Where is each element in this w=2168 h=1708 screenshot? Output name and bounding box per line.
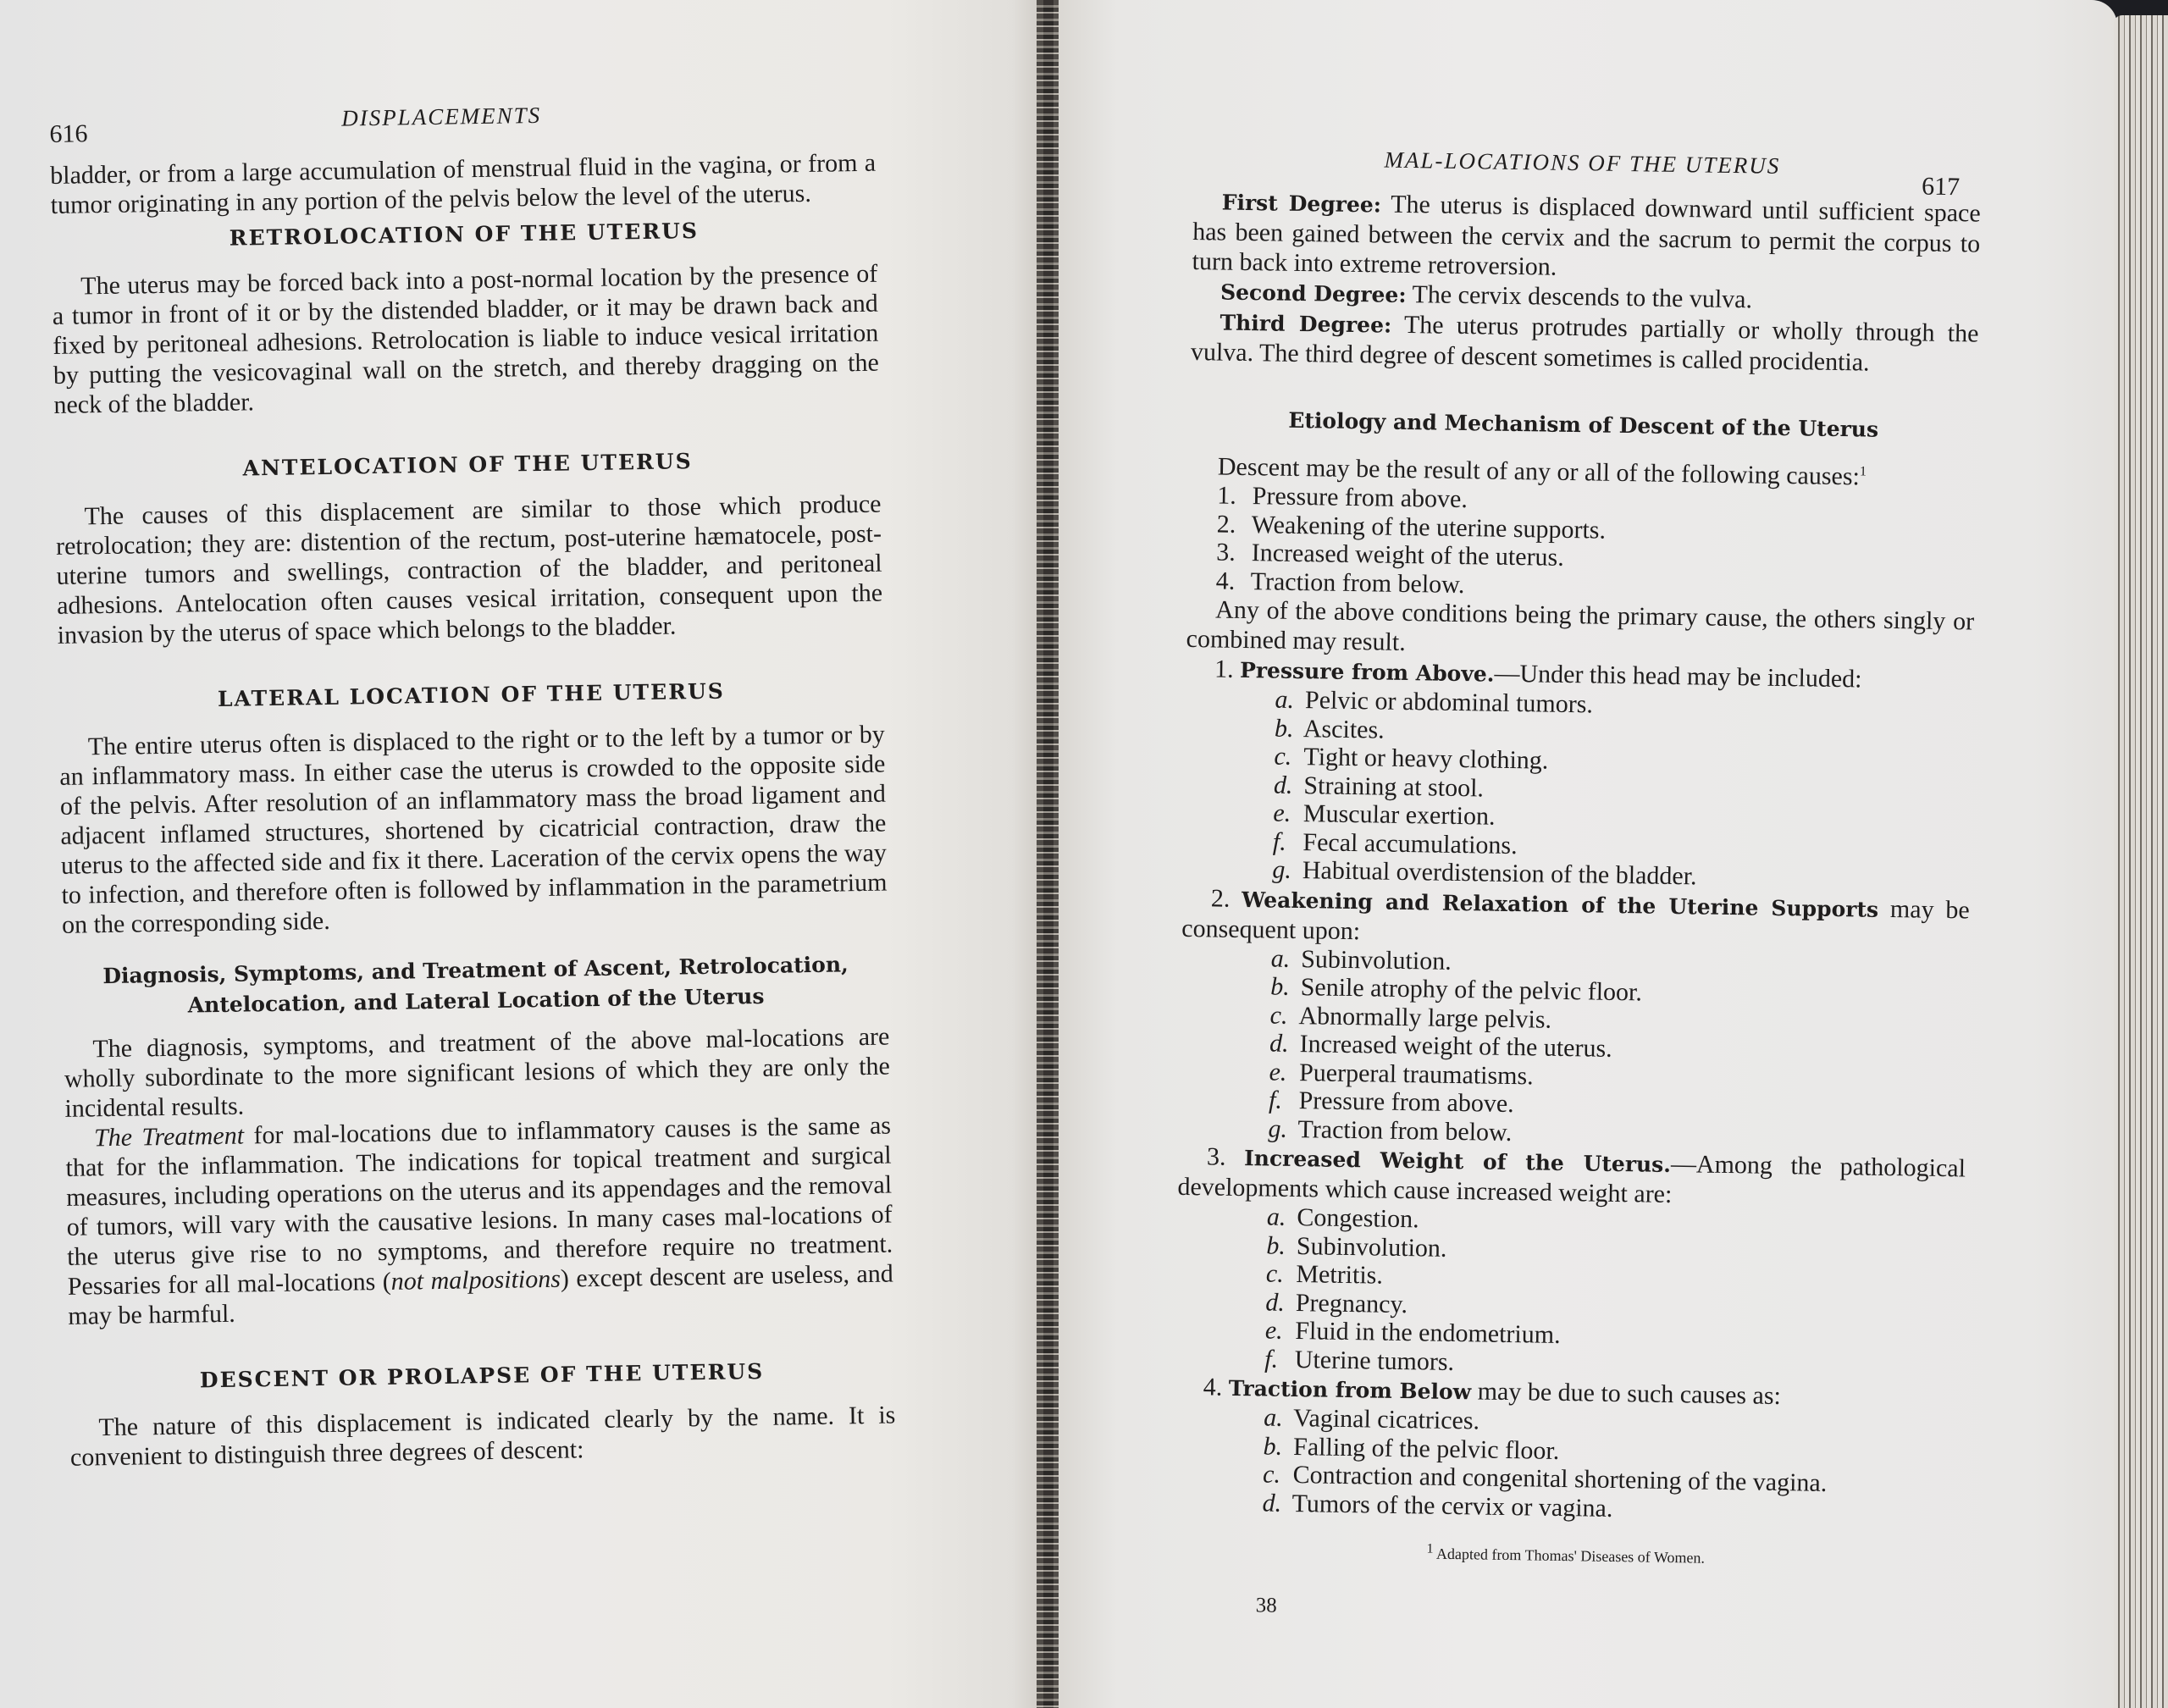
causes-list: 1. Pressure from above. 2. Weakening of … xyxy=(1186,481,1976,607)
treatment-lead: The Treatment xyxy=(94,1122,244,1152)
paragraph-retrolocation: The uterus may be forced back into a pos… xyxy=(52,259,880,420)
third-degree: Third Degree: The uterus protrudes parti… xyxy=(1191,307,1979,379)
not-malpositions: not malpositions xyxy=(391,1265,561,1296)
heading-descent: DESCENT OR PROLAPSE OF THE UTERUS xyxy=(69,1357,894,1395)
footnote-marker: 1 xyxy=(1860,464,1867,478)
paragraph-treatment: The Treatment for mal-locations due to i… xyxy=(65,1111,894,1331)
running-title-left: DISPLACEMENTS xyxy=(341,102,541,132)
left-page-content: 616 DISPLACEMENTS bladder, or from a lar… xyxy=(49,97,896,1473)
paragraph-lateral-location: The entire uterus often is displaced to … xyxy=(59,720,888,940)
heading-lateral-location: LATERAL LOCATION OF THE UTERUS xyxy=(58,677,884,714)
first-degree: First Degree: The uterus is displaced do… xyxy=(1192,186,1981,289)
cause-section-4-list: a. Vaginal cicatrices. b. Falling of the… xyxy=(1172,1402,1961,1528)
heading-antelocation: ANTELOCATION OF THE UTERUS xyxy=(54,446,880,484)
page-number-right: 617 xyxy=(1922,173,1961,202)
book-gutter xyxy=(1037,0,1059,1708)
heading-diagnosis: Diagnosis, Symptoms, and Treatment of As… xyxy=(63,949,889,1023)
open-book: 616 DISPLACEMENTS bladder, or from a lar… xyxy=(0,0,2168,1708)
footnote: 1 Adapted from Thomas' Diseases of Women… xyxy=(1172,1538,1960,1572)
page-number-left: 616 xyxy=(49,119,88,149)
heading-etiology: Etiology and Mechanism of Descent of the… xyxy=(1189,404,1977,447)
running-title-right: MAL-LOCATIONS OF THE UTERUS xyxy=(1384,147,1780,180)
cause-section-3-list: a. Congestion. b. Subinvolution. c. Metr… xyxy=(1175,1202,1965,1385)
page-stack-edge xyxy=(2114,15,2168,1708)
paragraph-antelocation: The causes of this displacement are simi… xyxy=(55,489,883,650)
paragraph-diagnosis: The diagnosis, symptoms, and treatment o… xyxy=(64,1022,891,1124)
cause-section-2-list: a. Subinvolution. b. Senile atrophy of t… xyxy=(1178,942,1969,1153)
cause-section-1-list: a. Pelvic or abdominal tumors. b. Ascite… xyxy=(1182,684,1973,895)
heading-retrolocation: RETROLOCATION OF THE UTERUS xyxy=(51,216,877,253)
right-page-content: MAL-LOCATIONS OF THE UTERUS 617 First De… xyxy=(1171,135,1982,1628)
